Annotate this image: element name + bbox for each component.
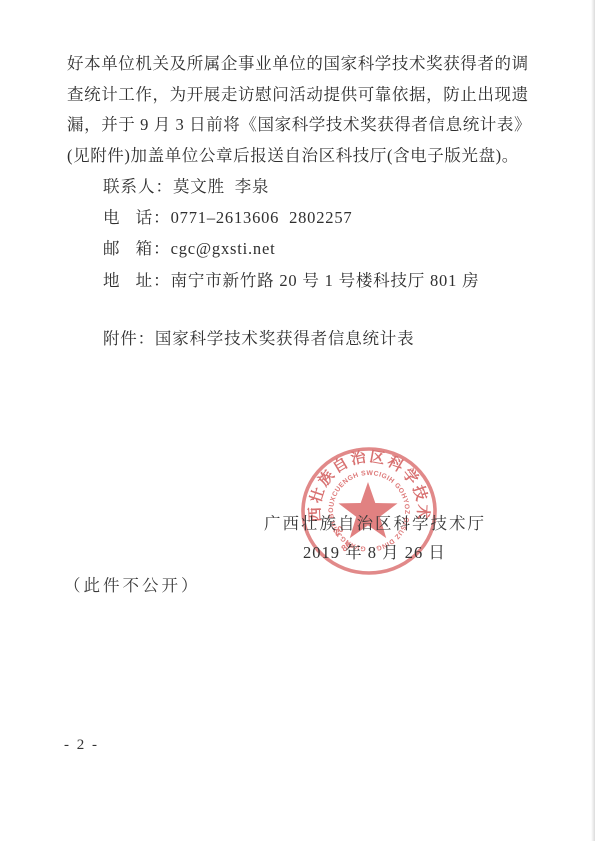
contact-row-person: 联系人：莫文胜 李泉 — [103, 171, 479, 202]
contact-row-address: 地 址：南宁市新竹路 20 号 1 号楼科技厅 801 房 — [103, 265, 479, 296]
contact-block: 联系人：莫文胜 李泉 电 话：0771–2613606 2802257 邮 箱：… — [103, 171, 479, 296]
body-line-4: (见附件)加盖单位公章后报送自治区科技厅(含电子版光盘)。 — [67, 141, 532, 172]
body-line-3: 漏，并于 9 月 3 日前将《国家科学技术奖获得者信息统计表》 — [67, 110, 532, 141]
signature-date: 2019 年 8 月 26 日 — [303, 539, 446, 563]
scan-edge-artifact — [591, 0, 595, 841]
document-page: 好本单位机关及所属企事业单位的国家科学技术奖获得者的调 查统计工作，为开展走访慰… — [0, 0, 595, 841]
contact-label: 邮 箱： — [103, 239, 171, 258]
contact-label: 电 话： — [103, 208, 171, 227]
body-paragraph: 好本单位机关及所属企事业单位的国家科学技术奖获得者的调 查统计工作，为开展走访慰… — [67, 49, 532, 171]
confidential-notice: （此件不公开） — [64, 572, 201, 596]
contact-value: 莫文胜 李泉 — [173, 177, 269, 196]
contact-label: 联系人： — [103, 177, 173, 196]
attachment-line: 附件：国家科学技术奖获得者信息统计表 — [103, 325, 414, 349]
body-line-2: 查统计工作，为开展走访慰问活动提供可靠依据，防止出现遗 — [67, 80, 532, 111]
contact-row-email: 邮 箱：cgc@gxsti.net — [103, 233, 479, 264]
page-number: - 2 - — [64, 737, 99, 754]
contact-label: 地 址： — [103, 271, 171, 290]
body-line-1: 好本单位机关及所属企事业单位的国家科学技术奖获得者的调 — [67, 49, 532, 80]
signature-org: 广西壮族自治区科学技术厅 — [264, 510, 486, 534]
contact-value: cgc@gxsti.net — [171, 239, 276, 258]
contact-row-phone: 电 话：0771–2613606 2802257 — [103, 202, 479, 233]
contact-value: 南宁市新竹路 20 号 1 号楼科技厅 801 房 — [171, 271, 480, 290]
contact-value: 0771–2613606 2802257 — [171, 208, 353, 227]
